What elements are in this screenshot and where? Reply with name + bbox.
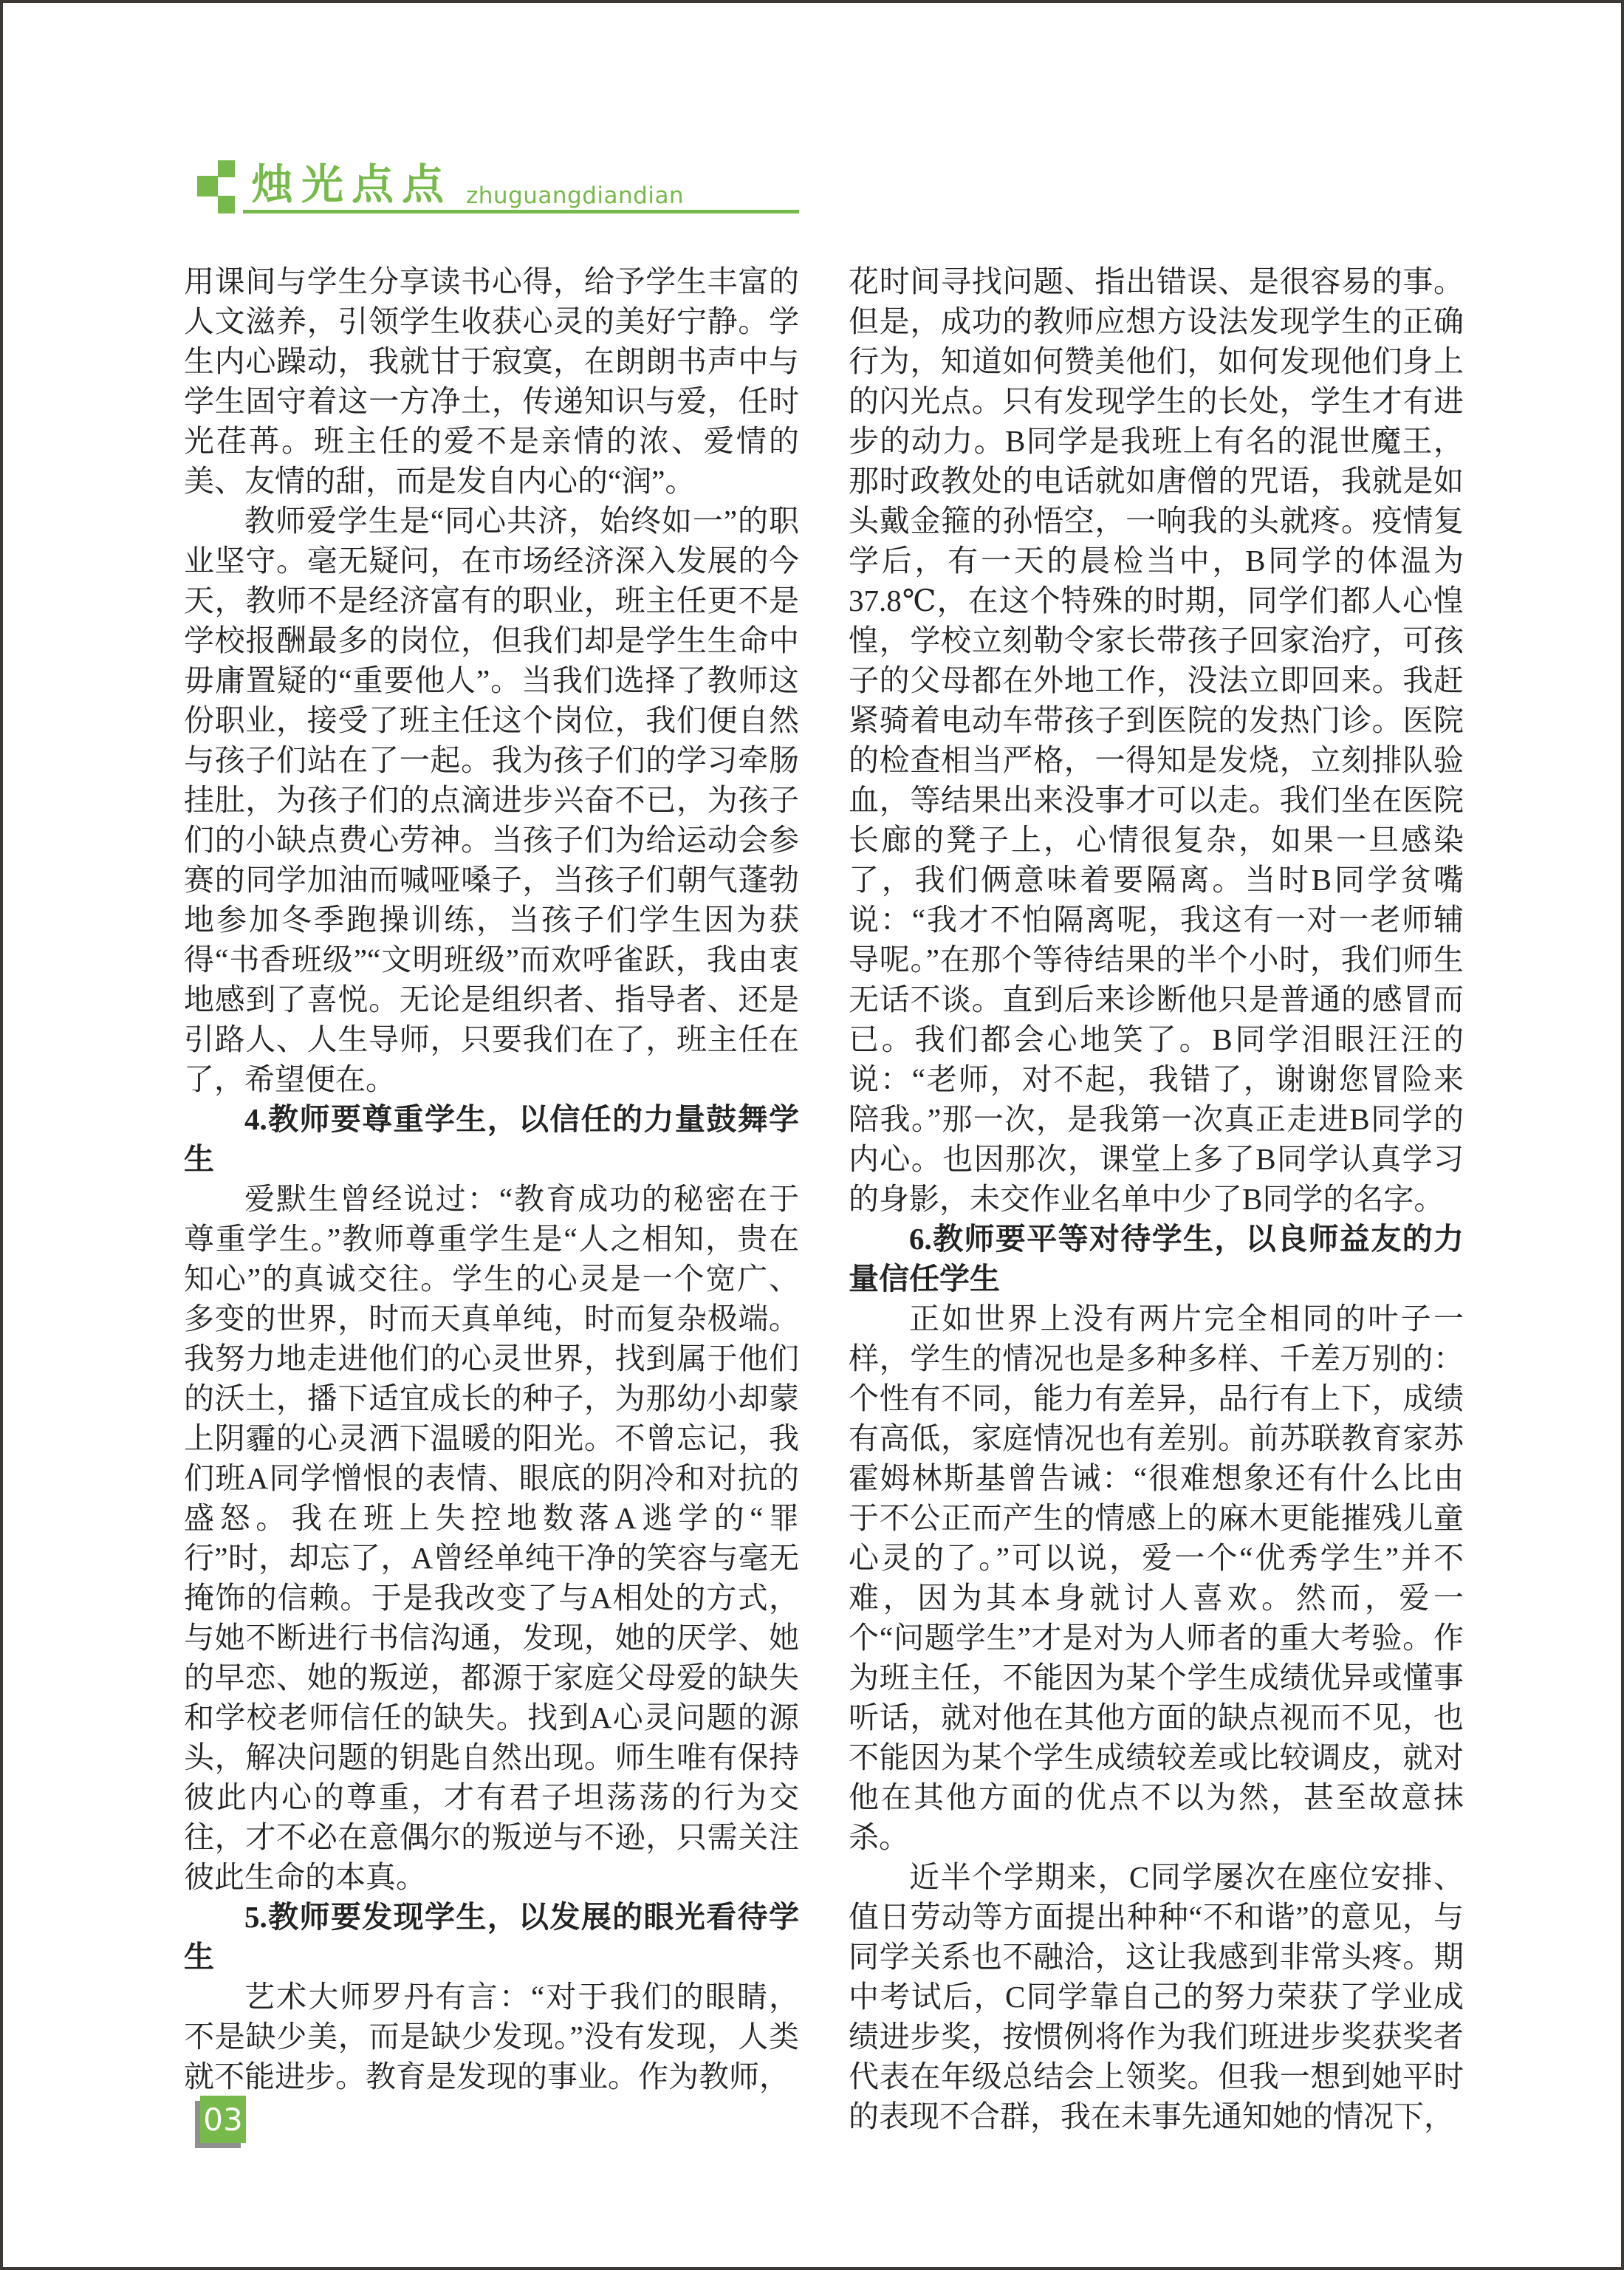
masthead-squares-icon	[197, 160, 236, 213]
page-title: 烛光点点	[251, 163, 452, 207]
logo-square-top	[218, 160, 235, 177]
paragraph: 花时间寻找问题、指出错误、是很容易的事。但是，成功的教师应想方设法发现学生的正确…	[849, 261, 1464, 1219]
magazine-page: 烛光点点 zhuguangdiandian 用课间与学生分享读书心得，给予学生丰…	[0, 0, 1624, 2270]
paragraph: 近半个学期来，C同学屡次在座位安排、值日劳动等方面提出种种“不和谐”的意见，与同…	[849, 1857, 1464, 2136]
section-heading-4: 4.教师要尊重学生，以信任的力量鼓舞学生	[184, 1099, 799, 1179]
page-number-badge: 03	[200, 2096, 246, 2143]
section-heading-6: 6.教师要平等对待学生，以良师益友的力量信任学生	[849, 1219, 1464, 1299]
logo-square-bottom	[218, 196, 235, 213]
paragraph: 正如世界上没有两片完全相同的叶子一样，学生的情况也是多种多样、千差万别的：个性有…	[849, 1299, 1464, 1857]
page-subtitle: zhuguangdiandian	[466, 182, 684, 209]
paragraph: 艺术大师罗丹有言：“对于我们的眼睛，不是缺少美，而是缺少发现。”没有发现，人类就…	[184, 1977, 799, 2096]
section-heading-5: 5.教师要发现学生，以发展的眼光看待学生	[184, 1897, 799, 1977]
paragraph: 教师爱学生是“同心共济，始终如一”的职业坚守。毫无疑问，在市场经济深入发展的今天…	[184, 501, 799, 1099]
masthead-underline	[243, 210, 799, 213]
left-column: 用课间与学生分享读书心得，给予学生丰富的人文滋养，引领学生收获心灵的美好宁静。学…	[184, 261, 799, 2096]
logo-square-middle	[197, 176, 218, 196]
paragraph: 爱默生曾经说过：“教育成功的秘密在于尊重学生。”教师尊重学生是“人之相知，贵在知…	[184, 1179, 799, 1897]
paragraph: 用课间与学生分享读书心得，给予学生丰富的人文滋养，引领学生收获心灵的美好宁静。学…	[184, 261, 799, 501]
right-column: 花时间寻找问题、指出错误、是很容易的事。但是，成功的教师应想方设法发现学生的正确…	[849, 261, 1464, 2136]
